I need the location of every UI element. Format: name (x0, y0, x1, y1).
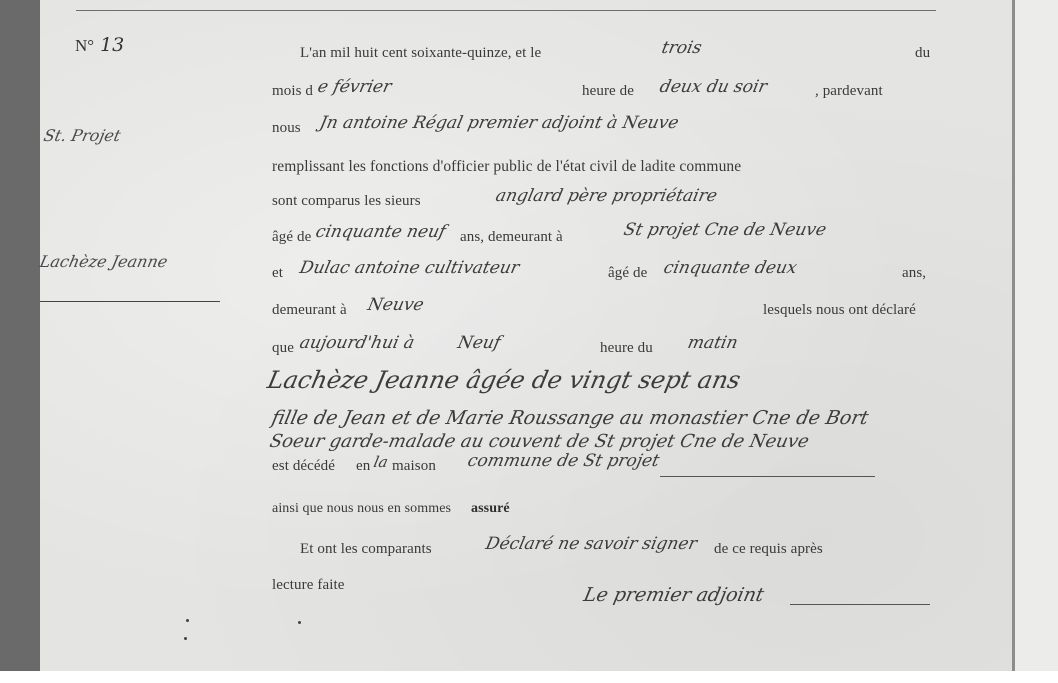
line-2-month: e février (316, 77, 393, 97)
line-7-et: et (272, 265, 283, 282)
line-15-signature-statement: Déclaré ne savoir signer (484, 534, 699, 554)
margin-note-place: St. Projet (42, 126, 123, 145)
scanner-border-bottom (0, 671, 1058, 683)
register-page (40, 0, 1012, 671)
line-7-declarant-2: Dulac antoine cultivateur (298, 258, 521, 278)
line-2-hour: deux du soir (658, 77, 769, 97)
line-7-age-label: âgé de (608, 265, 647, 282)
line-5-printed: sont comparus les sieurs (272, 193, 421, 210)
line-13-dash (660, 476, 875, 477)
line-3-printed: nous (272, 120, 301, 137)
scanner-border-left (0, 0, 40, 671)
line-8-printed: demeurant à (272, 302, 347, 319)
line-9-que: que (272, 340, 294, 357)
line-2-pardevant: , pardevant (815, 83, 883, 100)
line-1-printed: L'an mil huit cent soixante-quinze, et l… (300, 45, 541, 62)
line-6-residence: St projet Cne de Neuve (622, 220, 828, 240)
signature-line (790, 604, 930, 605)
paper-speck (184, 637, 187, 640)
line-9-hour: Neuf (456, 333, 502, 353)
line-8-declared: lesquels nous ont déclaré (763, 302, 916, 319)
deceased-parents-line: fille de Jean et de Marie Roussange au m… (270, 407, 871, 429)
line-8-residence: Neuve (366, 295, 426, 315)
margin-note-name: Lachèze Jeanne (38, 252, 169, 271)
line-9-matin: matin (686, 333, 740, 353)
paper-speck (298, 621, 301, 624)
line-9-heure-du: heure du (600, 340, 653, 357)
adjoint-signature: Le premier adjoint (582, 584, 766, 606)
line-2-heure: heure de (582, 83, 634, 100)
deceased-occupation-line: Soeur garde-malade au couvent de St proj… (268, 431, 811, 452)
line-7-ans: ans, (902, 265, 926, 282)
line-6-age: cinquante neuf (314, 222, 448, 242)
margin-rule (40, 301, 220, 302)
line-16-printed: lecture faite (272, 577, 345, 594)
line-15-printed: Et ont les comparants (300, 541, 432, 558)
line-5-declarant-1: anglard père propriétaire (494, 186, 719, 206)
act-number-value: 13 (100, 34, 124, 56)
line-14-printed: ainsi que nous nous en sommes (272, 501, 451, 517)
line-3-officer: Jn antoine Régal premier adjoint à Neuve (318, 113, 681, 133)
adjacent-page (1015, 0, 1058, 671)
line-4-printed: remplissant les fonctions d'officier pub… (272, 158, 741, 176)
act-number: N°13 (75, 34, 124, 56)
paper-speck (186, 619, 189, 622)
line-13-maison: maison (392, 458, 436, 475)
line-14-assure: assuré (471, 501, 510, 517)
deceased-name-line: Lachèze Jeanne âgée de vingt sept ans (265, 366, 743, 394)
line-15-requis: de ce requis après (714, 541, 823, 558)
act-number-label: N° (75, 36, 94, 55)
line-13-en: en (356, 458, 370, 475)
line-2-printed: mois d (272, 83, 313, 100)
line-6-printed: âgé de (272, 229, 311, 246)
line-13-deceased: est décédé (272, 458, 335, 475)
line-13-location: commune de St projet (466, 451, 661, 471)
line-9-today: aujourd'hui à (298, 333, 416, 353)
line-6-demeurant: ans, demeurant à (460, 229, 563, 246)
line-7-age: cinquante deux (662, 258, 799, 278)
top-rule (76, 10, 936, 11)
line-1-du: du (915, 45, 930, 62)
line-1-day: trois (660, 38, 704, 58)
